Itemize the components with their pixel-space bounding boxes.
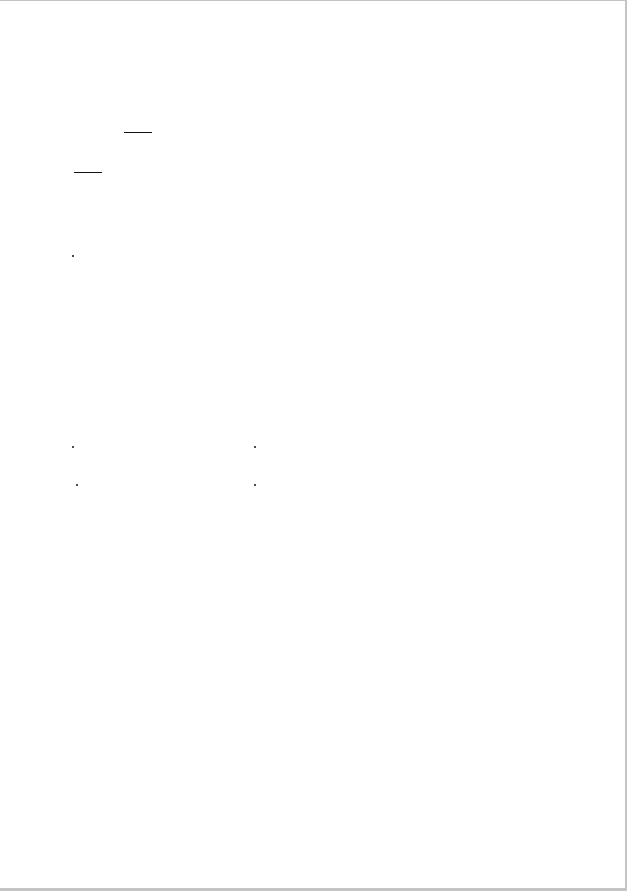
passage-line-2 <box>73 158 103 179</box>
question-1 <box>73 393 103 413</box>
fill-blank-2 <box>74 158 102 173</box>
passage-line-1 <box>105 118 153 139</box>
document-page <box>0 0 627 891</box>
fill-blank-1 <box>124 118 152 133</box>
